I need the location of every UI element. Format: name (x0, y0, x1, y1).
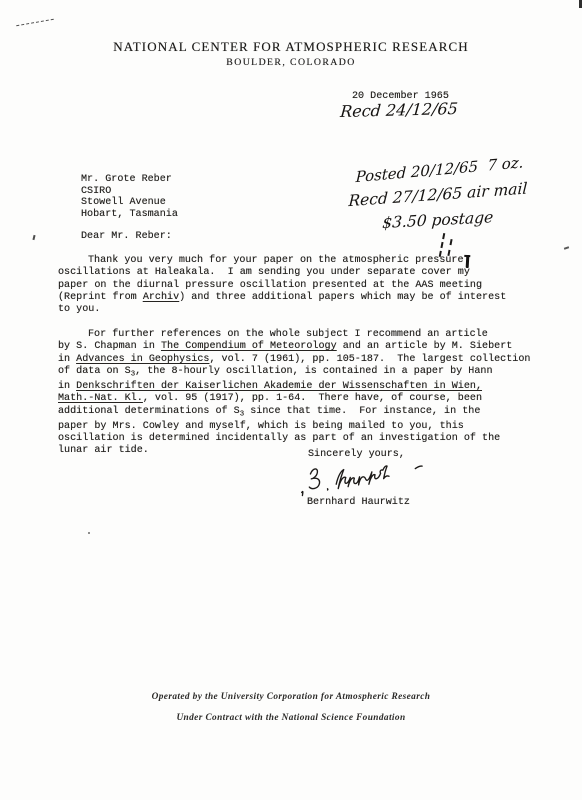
sender-typed-name: Bernhard Haurwitz (307, 497, 410, 509)
footer-line-2: Under Contract with the National Science… (0, 713, 582, 723)
body-line: to you. (58, 304, 506, 316)
body-line: additional determinations of S3 since th… (58, 406, 530, 421)
body-line: of data on S3, the 8-hourly oscillation,… (58, 366, 530, 381)
body-line: oscillation is determined incidentally a… (58, 433, 530, 445)
pencil-mark (16, 19, 54, 27)
body-line: paper by Mrs. Cowley and myself, which i… (58, 421, 530, 433)
letterhead-location: BOULDER, COLORADO (0, 57, 582, 68)
salutation: Dear Mr. Reber: (81, 231, 172, 243)
recipient-org: CSIRO (81, 186, 178, 198)
recipient-name: Mr. Grote Reber (81, 174, 178, 186)
scanned-letter-page: NATIONAL CENTER FOR ATMOSPHERIC RESEARCH… (0, 0, 582, 800)
pen-dash-mark (439, 233, 446, 257)
body-line: in Denkschriften der Kaiserlichen Akadem… (58, 381, 530, 393)
footer-line-1: Operated by the University Corporation f… (0, 692, 582, 702)
body-line: For further references on the whole subj… (58, 329, 530, 341)
scan-speck (564, 246, 569, 249)
recipient-address: Mr. Grote ReberCSIROStowell AvenueHobart… (81, 174, 178, 221)
body-line: Thank you very much for your paper on th… (58, 255, 506, 267)
body-line: paper on the diurnal pressure oscillatio… (58, 280, 506, 292)
recipient-street: Stowell Avenue (81, 197, 178, 209)
body-line: by S. Chapman in The Compendium of Meteo… (58, 341, 530, 353)
scan-speck (32, 235, 35, 240)
handwritten-received-note: Recd 24/12/65 (340, 99, 459, 121)
handwritten-postage-note: $3.50 postage (382, 208, 494, 232)
body-line: (Reprint from Archiv) and three addition… (58, 292, 506, 304)
pen-dash-mark (447, 239, 452, 256)
body-line: in Advances in Geophysics, vol. 7 (1961)… (58, 354, 530, 366)
recipient-city: Hobart, Tasmania (81, 209, 178, 221)
scan-speck (88, 532, 90, 534)
letterhead-org-name: NATIONAL CENTER FOR ATMOSPHERIC RESEARCH (0, 39, 582, 55)
body-paragraph-2: For further references on the whole subj… (58, 329, 530, 458)
body-paragraph-1: Thank you very much for your paper on th… (58, 255, 506, 317)
body-line: lunar air tide. (58, 445, 530, 457)
body-line: Math.-Nat. Kl., vol. 95 (1917), pp. 1-64… (58, 393, 530, 405)
body-line: oscillations at Haleakala. I am sending … (58, 267, 506, 279)
